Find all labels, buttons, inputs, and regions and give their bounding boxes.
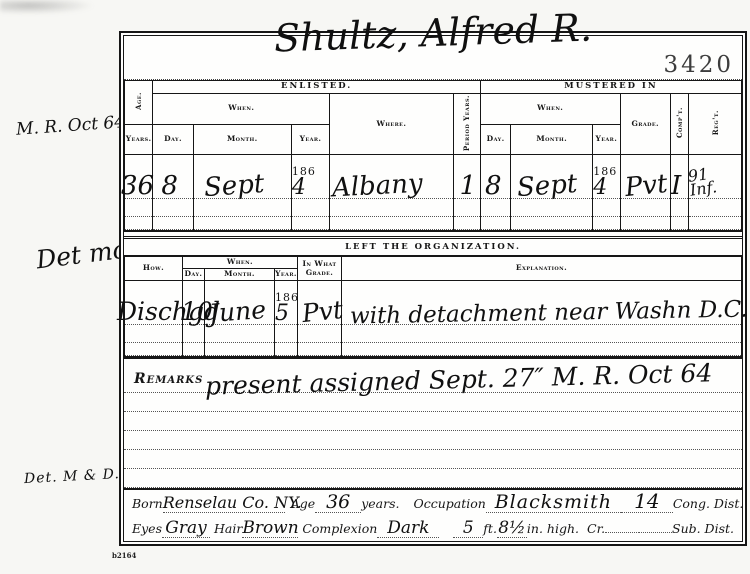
ruled-line [124,450,742,469]
enlisted-when-header: When. [153,93,330,124]
company-value: I [671,176,681,197]
occupation-value: Blacksmith [495,495,612,510]
explanation-header: Explanation. [342,257,742,280]
mustered-day-subheader: Day. [480,124,510,155]
descriptive-row-features: Eyes Gray Hair Brown Complexion Dark 5 f… [132,518,734,543]
age-b-value: 36 [326,495,350,510]
hair-value: Brown [242,522,298,536]
soldier-name: Shultz, Alfred R. [273,8,592,57]
occupation-label: Occupation [413,496,485,511]
record-card-inner: Shultz, Alfred R. 3420 Age. ENLISTED. MU… [123,35,743,542]
enlisted-where-cell: Albany [330,155,453,199]
margin-note-det-mo: Det mo [35,235,129,275]
regiment-cell: 91Inf. [689,155,742,199]
regiment-value: 91Inf. [687,166,718,198]
card-number: 3420 [663,52,734,78]
in-high-label: in. high. [527,521,579,536]
mustered-year-written: 4 [593,179,607,197]
left-organization-section: How. When. In What Grade. Explanation. D… [124,256,742,357]
sub-dist-label: Sub. Dist. [672,521,734,536]
company-cell: I [671,155,689,199]
eyes-field: Gray [162,518,210,538]
enlisted-month-value: Sept [203,174,265,199]
mustered-month-subheader: Month. [511,124,593,155]
in-what-grade-header: In What Grade. [298,257,342,280]
sub-dist-blank-field [639,523,672,533]
cong-dist-field: 14 [621,493,673,513]
grade-cell: Pvt [620,155,671,199]
hair-label: Hair [214,521,242,536]
age-value-cell: 36 [125,155,153,199]
left-organization-table: How. When. In What Grade. Explanation. D… [124,256,742,355]
period-value: 1 [460,176,477,197]
descriptive-section: Born Renselau Co. NY. Age 36 years. Occu… [124,488,742,545]
leftorg-month-cell: June [205,280,275,324]
regiment-header: Reg't. [689,93,742,155]
how-cell: Dischgd [125,280,183,324]
enlisted-year-cell: 1864 [291,155,329,199]
mustered-when-header: When. [480,93,620,124]
cr-label: Cr. [587,521,605,536]
enlisted-month-subheader: Month. [193,124,291,155]
leftorg-grade-cell: Pvt [298,280,342,324]
born-label: Born [132,496,163,511]
grade-value: Pvt [624,174,669,199]
complexion-field: Dark [377,518,439,538]
born-value-field: Renselau Co. NY. [163,493,285,513]
mustered-month-value: Sept [517,174,579,199]
mustered-month-cell: Sept [511,155,593,199]
age-b-label: Age [291,496,315,511]
mustered-in-header: MUSTERED IN [480,81,741,94]
enlisted-day-value: 8 [161,176,178,197]
descriptive-row-born: Born Renselau Co. NY. Age 36 years. Occu… [132,493,734,518]
occupation-field: Blacksmith [486,493,621,513]
mustered-day-cell: 8 [480,155,510,199]
age-years-subheader: Years. [125,124,153,155]
period-cell: 1 [453,155,480,199]
eyes-value: Gray [165,522,206,536]
margin-note-muster-roll: M. R. Oct 64 [15,112,125,140]
height-in-field: 8½ [497,518,527,538]
enlisted-where-header: Where. [330,93,453,155]
company-header: Comp't. [671,93,689,155]
leftorg-year-written: 5 [275,305,289,323]
enlisted-year-subheader: Year. [291,124,329,155]
born-value: Renselau Co. NY. [163,497,302,510]
remarks-row: Remarks present assigned Sept. 27″ M. R.… [124,358,742,393]
cong-dist-label: Cong. Dist. [673,496,744,511]
enlisted-year-written: 4 [292,179,306,197]
enlisted-month-cell: Sept [193,155,291,199]
leftorg-year-cell: 1865 [275,280,298,324]
ft-label: ft. [483,521,497,536]
eyes-label: Eyes [132,521,162,536]
hair-field: Brown [242,518,298,538]
cong-dist-value: 14 [634,493,659,509]
enlisted-where-value: Albany [332,174,424,200]
cr-blank-field [605,523,638,533]
leftorg-when-header: When. [183,257,298,269]
ruled-line [124,431,742,450]
leftorg-day-cell: 10 [183,280,205,324]
ruled-line [124,412,742,431]
age-value: 36 [121,176,154,197]
printer-code: b2164 [112,551,136,560]
enlisted-day-cell: 8 [153,155,193,199]
leftorg-month-value: June [208,300,266,324]
age-header: Age. [125,81,153,125]
height-in-value: 8½ [498,522,525,536]
enlisted-header: ENLISTED. [153,81,481,94]
height-ft-value: 5 [463,522,474,536]
mustered-year-subheader: Year. [593,124,620,155]
leftorg-day-subheader: Day. [183,269,205,281]
mustered-day-value: 8 [485,176,502,197]
leftorg-grade-value: Pvt [301,300,344,324]
complexion-label: Complexion [302,521,377,536]
left-organization-header: LEFT THE ORGANIZATION. [124,236,742,256]
age-b-field: 36 [315,493,361,513]
remarks-label: Remarks [134,371,203,392]
remarks-text: present assigned Sept. 27″ M. R. Oct 64 [205,363,713,396]
explanation-value: with detachment near Washn D.C. [350,300,748,325]
years-b-label: years. [361,496,399,511]
enlisted-day-subheader: Day. [153,124,193,155]
ruled-line [124,469,742,488]
leftorg-month-subheader: Month. [205,269,275,281]
mustered-year-cell: 1864 [593,155,620,199]
leftorg-year-subheader: Year. [275,269,298,281]
record-card: Shultz, Alfred R. 3420 Age. ENLISTED. MU… [119,31,747,546]
card-header: Shultz, Alfred R. 3420 [124,36,742,80]
enlistment-table-section: Age. ENLISTED. MUSTERED IN When. Where. … [124,80,742,232]
how-header: How. [125,257,183,280]
scan-smudge [0,0,95,14]
height-ft-field: 5 [453,518,483,538]
grade-header: Grade. [620,93,671,155]
complexion-value: Dark [387,522,429,536]
period-years-header: Period Years. [453,93,480,155]
explanation-cell: with detachment near Washn D.C. [342,280,742,324]
enlistment-table: Age. ENLISTED. MUSTERED IN When. Where. … [124,80,742,230]
